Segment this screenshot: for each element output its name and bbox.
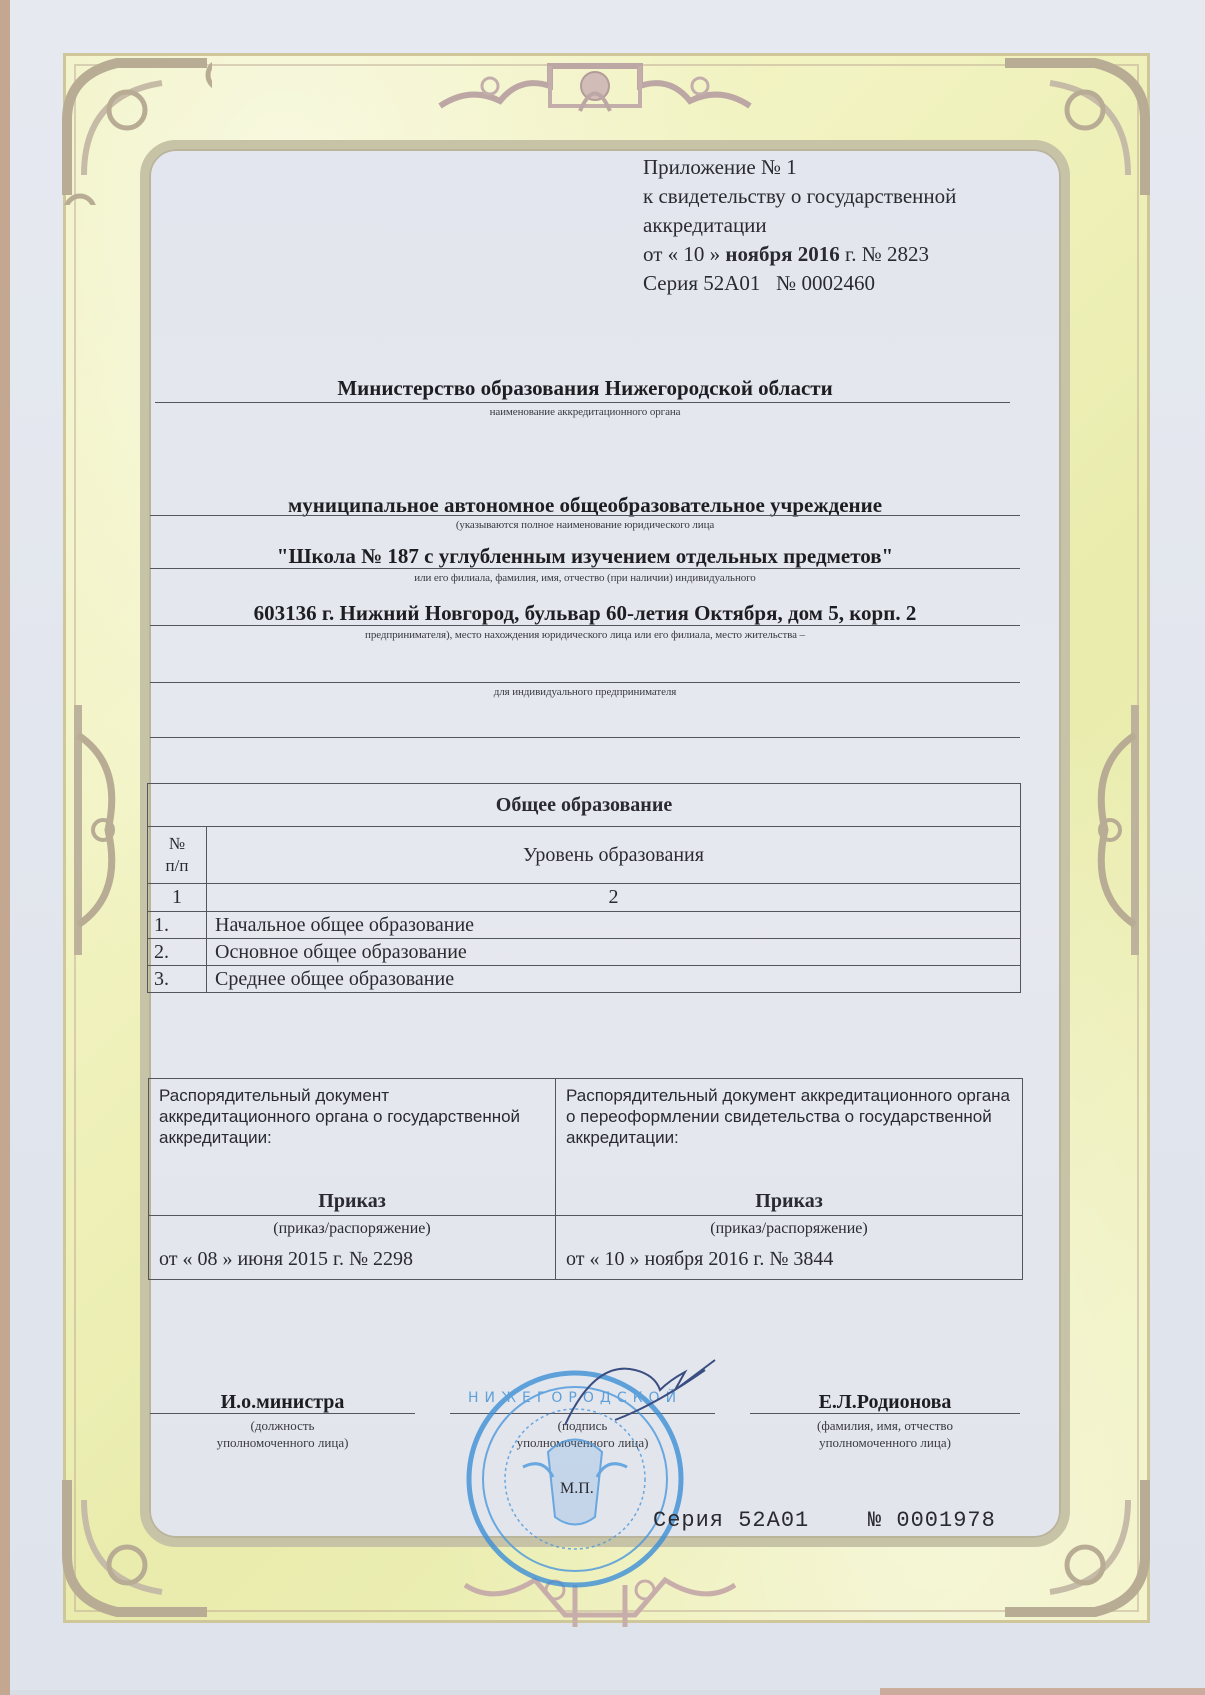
organization-name: "Школа № 187 с углубленным изучением отд…	[150, 544, 1020, 569]
position-hint: (должность уполномоченного лица)	[150, 1417, 415, 1451]
appendix-line-2: к свидетельству о государственной	[643, 182, 956, 211]
organization-address-hint: предпринимателя), место нахождения юриди…	[150, 629, 1020, 641]
form-number: № 0001978	[868, 1508, 996, 1533]
order-accreditation-cell: Распорядительный документ аккредитационн…	[149, 1079, 556, 1280]
column-header-number: № п/п	[148, 827, 207, 884]
education-levels-table: Общее образование № п/п Уровень образова…	[147, 783, 1021, 993]
top-ornament-icon	[430, 56, 760, 120]
column-header-level: Уровень образования	[207, 827, 1021, 884]
name-underline	[750, 1413, 1020, 1414]
organization-type-underline	[150, 515, 1020, 516]
name-hint-line2: уполномоченного лица)	[750, 1434, 1020, 1451]
position-hint-line2: уполномоченного лица)	[150, 1434, 415, 1451]
entrepreneur-line-2	[150, 737, 1020, 738]
page-edge	[0, 0, 10, 1695]
side-ornament-left-icon	[68, 705, 128, 955]
seal-label: М.П.	[560, 1480, 594, 1498]
orders-table: Распорядительный документ аккредитационн…	[148, 1078, 1023, 1280]
appendix-date-bold: ноября 2016	[725, 242, 839, 266]
row-level: Основное общее образование	[207, 939, 1021, 966]
table-header-row: № п/п Уровень образования	[148, 827, 1021, 884]
order-reissue-cell: Распорядительный документ аккредитационн…	[556, 1079, 1023, 1280]
row-level: Среднее общее образование	[207, 966, 1021, 993]
organization-type-hint: (указываются полное наименование юридиче…	[150, 519, 1020, 531]
column-index-2: 2	[207, 884, 1021, 912]
form-series: Серия 52А01	[653, 1508, 809, 1533]
name-hint: (фамилия, имя, отчество уполномоченного …	[750, 1417, 1020, 1451]
appendix-line-3: аккредитации	[643, 211, 956, 240]
handwritten-signature-icon	[555, 1350, 725, 1430]
order-reissue-description: Распорядительный документ аккредитационн…	[566, 1085, 1012, 1190]
name-hint-line1: (фамилия, имя, отчество	[750, 1417, 1020, 1434]
authority-name: Министерство образования Нижегородской о…	[150, 376, 1020, 401]
entrepreneur-line	[150, 682, 1020, 683]
table-row: 3. Среднее общее образование	[148, 966, 1021, 993]
appendix-date-suffix: г. № 2823	[840, 242, 929, 266]
page-edge-bottom	[880, 1688, 1205, 1695]
appendix-title: Приложение № 1	[643, 153, 956, 182]
order-accreditation-type: Приказ	[149, 1190, 555, 1216]
position-hint-line1: (должность	[150, 1417, 415, 1434]
signatory-position: И.о.министра	[150, 1391, 415, 1414]
column-index-1: 1	[148, 884, 207, 912]
authority-hint: наименование аккредитационного органа	[150, 406, 1020, 418]
table-title: Общее образование	[148, 784, 1021, 827]
table-title-row: Общее образование	[148, 784, 1021, 827]
entrepreneur-hint: для индивидуального предпринимателя	[150, 686, 1020, 698]
table-row: 1. Начальное общее образование	[148, 912, 1021, 939]
column-header-number-line2: п/п	[148, 855, 206, 877]
organization-name-hint: или его филиала, фамилия, имя, отчество …	[150, 572, 1020, 584]
position-underline	[150, 1413, 415, 1414]
row-number: 1.	[148, 912, 207, 939]
appendix-series-number: № 0002460	[776, 271, 875, 295]
order-accreditation-description: Распорядительный документ аккредитационн…	[159, 1085, 545, 1190]
table-index-row: 1 2	[148, 884, 1021, 912]
appendix-date-prefix: от « 10 »	[643, 242, 725, 266]
row-number: 3.	[148, 966, 207, 993]
table-row: 2. Основное общее образование	[148, 939, 1021, 966]
organization-name-underline	[150, 568, 1020, 569]
order-accreditation-date: от « 08 » июня 2015 г. № 2298	[159, 1248, 545, 1271]
side-ornament-right-icon	[1085, 705, 1145, 955]
orders-row: Распорядительный документ аккредитационн…	[149, 1079, 1023, 1280]
authority-underline	[155, 402, 1010, 403]
appendix-date: от « 10 » ноября 2016 г. № 2823	[643, 240, 956, 269]
order-reissue-kind-hint: (приказ/распоряжение)	[566, 1220, 1012, 1238]
row-level: Начальное общее образование	[207, 912, 1021, 939]
appendix-series-label: Серия 52А01	[643, 271, 760, 295]
row-number: 2.	[148, 939, 207, 966]
order-reissue-type: Приказ	[556, 1190, 1022, 1216]
appendix-header: Приложение № 1 к свидетельству о государ…	[643, 153, 956, 298]
order-reissue-date: от « 10 » ноября 2016 г. № 3844	[566, 1248, 1012, 1271]
column-header-number-line1: №	[148, 833, 206, 855]
organization-address: 603136 г. Нижний Новгород, бульвар 60-ле…	[150, 601, 1020, 626]
appendix-series: Серия 52А01 № 0002460	[643, 269, 956, 298]
signatory-name: Е.Л.Родионова	[750, 1391, 1020, 1414]
organization-address-underline	[150, 625, 1020, 626]
order-accreditation-kind-hint: (приказ/распоряжение)	[159, 1220, 545, 1238]
